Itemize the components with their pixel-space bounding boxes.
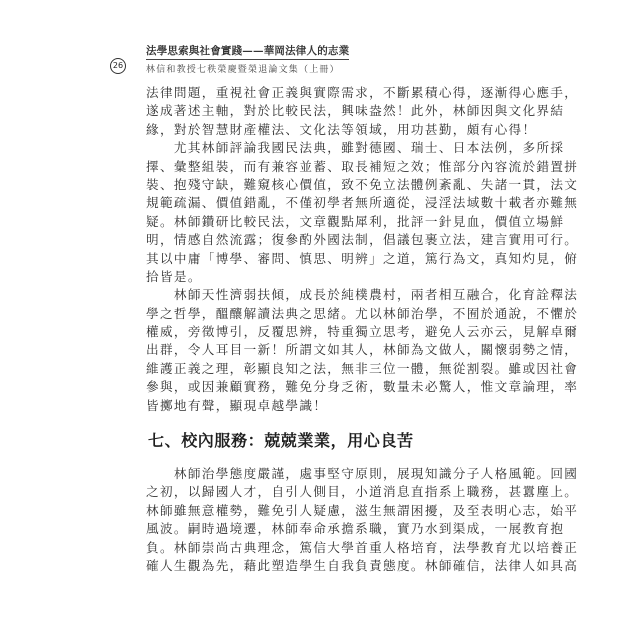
body-text-upper: 法律問題，重視社會正義與實際需求，不斷累積心得，逐漸得心應手， 遂成著述主軸，對… [146, 84, 508, 415]
page-number-badge: 26 [110, 58, 126, 74]
text-line: 其以中庸「博學、審問、慎思、明辨」之道，篤行為文，真知灼見，俯 [146, 250, 508, 268]
text-line: 疑。林師鑽研比較民法，文章觀點犀利，批評一針見血，價值立場鮮 [146, 213, 508, 231]
text-line: 風波。嗣時過境遷，林師奉命承擔系職，實乃水到渠成，一展教育抱 [146, 520, 508, 538]
text-line: 確人生觀為先，藉此塑造學生自我負責態度。林師確信，法律人如具高 [146, 557, 508, 575]
text-line: 權威，旁徵博引，反覆思辨，特重獨立思考，避免人云亦云，見解卓爾 [146, 323, 508, 341]
text-line: 林師雖無意權勢，難免引人疑慮，滋生無謂困擾，及至表明心志，始平 [146, 502, 508, 520]
text-line: 維護正義之理，彰顯良知之法，無非三位一體，無從割裂。雖或因社會 [146, 360, 508, 378]
text-line: 林師天性濟弱扶傾，成長於純樸農村，兩者相互融合，化育詮釋法 [146, 286, 508, 304]
book-subtitle: 林信和教授七秩榮慶暨榮退論文集（上冊） [146, 62, 349, 75]
text-line: 明，情感自然流露；復參酌外國法制，倡議包裹立法，建言實用可行。 [146, 231, 508, 249]
text-line: 出群，令人耳目一新！所謂文如其人，林師為文做人，關懷弱勢之情， [146, 341, 508, 359]
text-line: 皆擲地有聲，顯現卓越學識！ [146, 397, 508, 415]
text-line: 緣，對於智慧財產權法、文化法等領域，用功甚勤，頗有心得！ [146, 121, 508, 139]
text-line: 拾皆是。 [146, 268, 508, 286]
text-line: 參與，或因兼顧實務，難免分身乏術，數量未必驚人，惟文章論理，率 [146, 378, 508, 396]
text-line: 之初，以歸國人才，自引人側目，小道消息直指系上職務，甚囂塵上。 [146, 483, 508, 501]
book-title: 法學思索與社會實踐——華岡法律人的志業 [146, 43, 349, 60]
text-line: 規範疏漏、價值錯亂，不僅初學者無所適從，浸淫法域數十載者亦難無 [146, 194, 508, 212]
text-line: 法律問題，重視社會正義與實際需求，不斷累積心得，逐漸得心應手， [146, 84, 508, 102]
text-line: 遂成著述主軸，對於比較民法，興味盎然！此外，林師因與文化界結 [146, 102, 508, 120]
text-line: 裝、抱殘守缺，難窺核心價值，致不免立法體例紊亂、失諸一貫，法文 [146, 176, 508, 194]
text-line: 學之哲學，醞釀解讀法典之思緒。尤以林師治學，不囿於通說，不懼於 [146, 305, 508, 323]
running-header: 法學思索與社會實踐——華岡法律人的志業 林信和教授七秩榮慶暨榮退論文集（上冊） [146, 43, 349, 75]
text-line: 負。林師崇尚古典理念，篤信大學首重人格培育，法學教育尤以培養正 [146, 539, 508, 557]
section-heading: 七、校內服務：兢兢業業，用心良苦 [148, 428, 414, 451]
text-line: 擇、彙整組裝，而有兼容並蓄、取長補短之效；惟部分內容流於錯置拼 [146, 158, 508, 176]
text-line: 尤其林師評論我國民法典，雖對德國、瑞士、日本法例，多所採 [146, 139, 508, 157]
text-line: 林師治學態度嚴謹，處事堅守原則，展現知識分子人格風範。回國 [146, 465, 508, 483]
body-text-lower: 林師治學態度嚴謹，處事堅守原則，展現知識分子人格風範。回國 之初，以歸國人才，自… [146, 465, 508, 575]
